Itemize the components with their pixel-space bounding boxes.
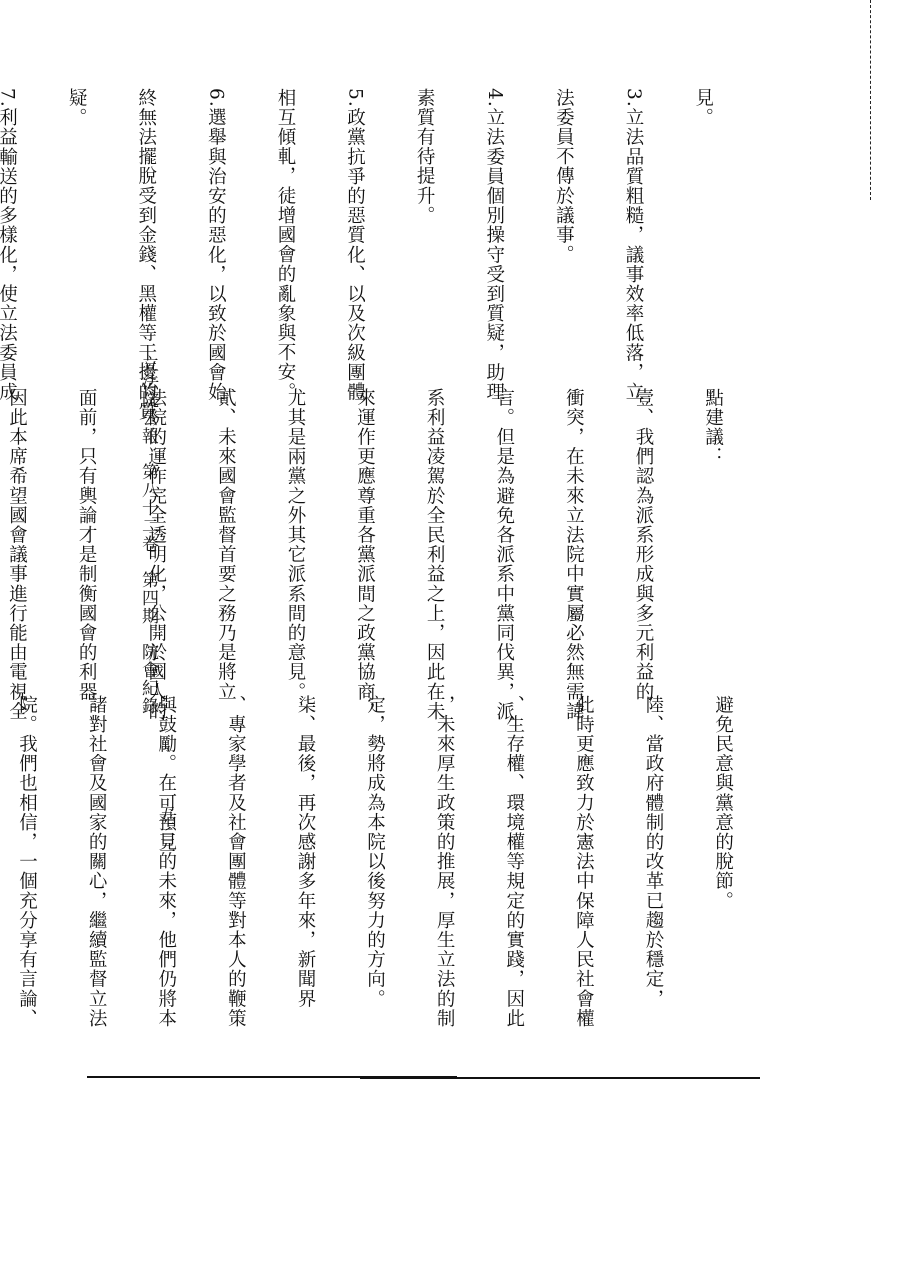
page-number: 五三三 — [155, 805, 178, 853]
text-column: ，未來厚生政策的推展，厚生立法的制 — [433, 695, 456, 1025]
text-column: 與鼓勵。在可預見的未來，他們仍將本 — [155, 695, 178, 1025]
text-column: 系利益凌駕於全民利益之上，因此在未 — [423, 388, 446, 688]
running-header: 立法院公報 第八十二卷 第四期 院會紀錄 — [136, 355, 161, 715]
text-column: 素質有待提升。 — [413, 88, 436, 388]
text-column: 貳、未來國會監督首要之務乃是將立 — [214, 388, 237, 688]
section-label: 院會紀錄 — [138, 643, 158, 715]
text-column: 見。 — [691, 88, 714, 388]
footer-rule-segment — [360, 1077, 760, 1079]
text-column: 相互傾軋，徒增國會的亂象與不安。 — [274, 88, 297, 388]
text-band-top: 見。 3.立法品質粗糙，議事效率低落，立 法委員不傳於議事。 4.立法委員個別操… — [0, 88, 761, 388]
publication-title: 立法院公報 — [138, 355, 158, 445]
text-band-bottom: 避免民意與黨意的脫節。 陸、當政府體制的改革已趨於穩定， 此時更應致力於憲法中保… — [0, 695, 781, 1025]
text-column: 面前，只有輿論才是制衡國會的利器。 — [75, 388, 98, 688]
text-column: 點建議： — [701, 388, 724, 688]
text-column: 壹、我們認為派系形成與多元利益的 — [632, 388, 655, 688]
text-column: 來運作更應尊重各黨派間之政黨協商， — [353, 388, 376, 688]
text-column: 尤其是兩黨之外其它派系間的意見。 — [284, 388, 307, 688]
text-column: 6.選舉與治安的惡化，以致於國會始 — [204, 88, 227, 388]
volume-label: 第八十二卷 — [138, 463, 158, 553]
text-column: 衝突，在未來立法院中實屬必然無需諱 — [562, 388, 585, 688]
text-column: 、生存權、環境權等規定的實踐，因此 — [503, 695, 526, 1025]
text-column: 終無法擺脫受到金錢、黑權等干擾的質 — [135, 88, 158, 388]
text-column: 法委員不傳於議事。 — [552, 88, 575, 388]
text-column: 陸、當政府體制的改革已趨於穩定， — [642, 695, 665, 1025]
text-band-middle: 點建議： 壹、我們認為派系形成與多元利益的 衝突，在未來立法院中實屬必然無需諱 … — [0, 388, 771, 688]
text-column: 5.政黨抗爭的惡質化、以及次級團體 — [343, 88, 366, 388]
text-column: 避免民意與黨意的脫節。 — [711, 695, 734, 1025]
text-column: 4.立法委員個別操守受到質疑，助理 — [483, 88, 506, 388]
text-column: 定，勢將成為本院以後努力的方向。 — [363, 695, 386, 1025]
text-column: 此時更應致力於憲法中保障人民社會權 — [572, 695, 595, 1025]
text-column: 言。但是為避免各派系中黨同伐異，派 — [493, 388, 516, 688]
text-column: 、專家學者及社會團體等對本人的鞭策 — [224, 695, 247, 1025]
page-edge-dashed-line — [870, 0, 872, 200]
text-column: 諸對社會及國家的關心，繼續監督立法 — [85, 695, 108, 1025]
issue-label: 第四期 — [138, 571, 158, 625]
text-column: 因此本席希望國會議事進行能由電視全 — [5, 388, 28, 688]
text-column: 院。我們也相信，一個充分享有言論、 — [15, 695, 38, 1025]
text-column: 疑。 — [65, 88, 88, 388]
text-column: 柒、最後，再次感謝多年來，新聞界 — [294, 695, 317, 1025]
text-column: 7.利益輸送的多樣化，使立法委員成 — [0, 88, 19, 388]
text-column: 3.立法品質粗糙，議事效率低落，立 — [622, 88, 645, 388]
